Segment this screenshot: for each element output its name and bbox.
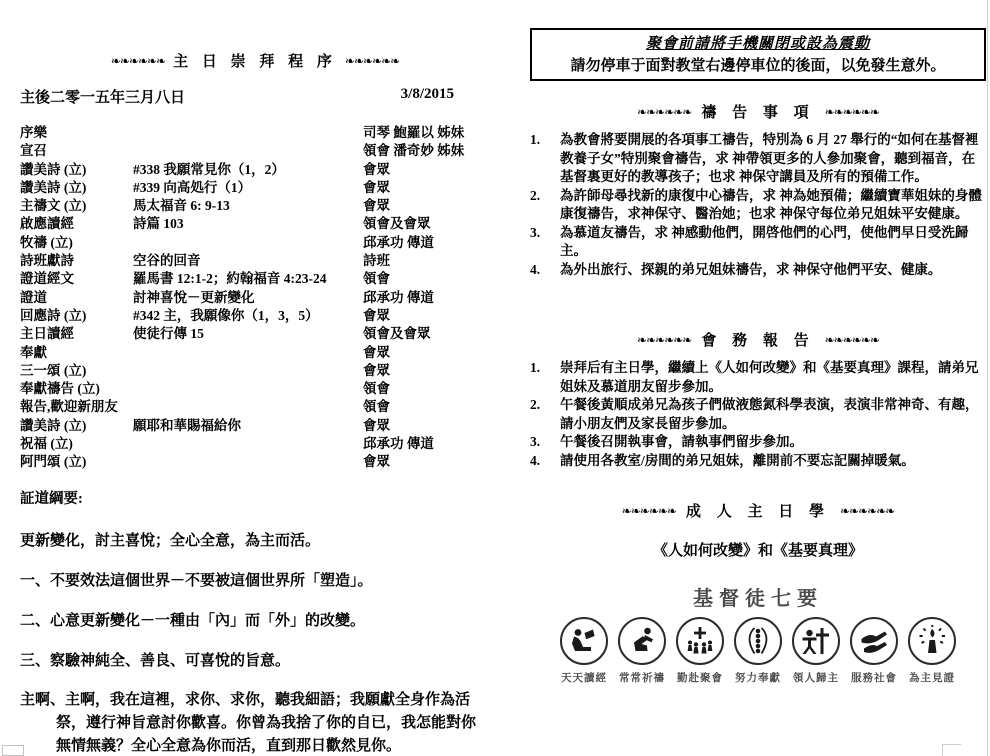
essential-item: 為主見證 <box>903 617 961 685</box>
item-number: 1. <box>530 131 550 187</box>
report-section-heading: ❧❧❧❧❧❧會 務 報 告❧❧❧❧❧❧ <box>530 329 986 350</box>
program-performer: 會眾 <box>363 453 490 471</box>
essential-label: 為主見證 <box>909 670 955 685</box>
program-item: 讚美詩 (立) <box>20 179 133 197</box>
essential-label: 勤赴聚會 <box>677 670 723 685</box>
sunday-school-content: 《人如何改變》和《基要真理》 <box>530 539 986 560</box>
date-chinese: 主後二零一五年三月八日 <box>20 86 185 107</box>
program-content <box>133 234 363 252</box>
program-item: 報告,歡迎新朋友 <box>20 398 133 416</box>
bulletin-page: ❧❧❧❧❧❧主 日 崇 拜 程 序❧❧❧❧❧❧ 主後二零一五年三月八日 3/8/… <box>0 0 990 756</box>
table-row: 報告,歡迎新朋友領會 <box>20 398 490 416</box>
announcement-list: 1.崇拜后有主日學，繼續上《人如何改變》和《基要真理》課程，請弟兄姐妹及慕道朋友… <box>530 359 986 470</box>
sermon-theme: 更新變化，討主喜悅；全心全意，為主而活。 <box>20 529 490 550</box>
program-item: 三一頌 (立) <box>20 362 133 380</box>
program-item: 讚美詩 (立) <box>20 417 133 435</box>
program-item: 主禱文 (立) <box>20 197 133 215</box>
program-content: 詩篇 103 <box>133 215 363 233</box>
program-item: 啟應讀經 <box>20 215 133 233</box>
program-item: 牧禱 (立) <box>20 234 133 252</box>
program-item: 宣召 <box>20 142 133 160</box>
program-item: 證道經文 <box>20 270 133 288</box>
program-content <box>133 380 363 398</box>
witness-candle-icon <box>908 617 956 665</box>
program-content <box>133 344 363 362</box>
item-number: 2. <box>530 396 550 433</box>
essential-item: 服務社會 <box>845 617 903 685</box>
sermon-point-3: 三、察驗神純全、善良、可喜悅的旨意。 <box>20 649 490 670</box>
program-performer: 會眾 <box>363 362 490 380</box>
table-row: 牧禱 (立)邱承功 傳道 <box>20 234 490 252</box>
item-number: 3. <box>530 433 550 452</box>
program-performer: 會眾 <box>363 197 490 215</box>
ornament-left-icon: ❧❧❧❧❧❧ <box>111 54 165 68</box>
essential-label: 服務社會 <box>851 670 897 685</box>
item-text: 為許師母尋找新的康復中心禱告，求 神為她預備；繼續寶華姐妹的身體康復禱告，求神保… <box>560 187 986 224</box>
list-item: 2.為許師母尋找新的康復中心禱告，求 神為她預備；繼續寶華姐妹的身體康復禱告，求… <box>530 187 986 224</box>
program-item: 讚美詩 (立) <box>20 161 133 179</box>
essential-item: 努力奉獻 <box>729 617 787 685</box>
table-row: 阿門頌 (立)會眾 <box>20 453 490 471</box>
program-performer: 邱承功 傳道 <box>363 289 490 307</box>
table-row: 序樂司琴 鮑羅以 姊妹 <box>20 124 490 142</box>
item-number: 1. <box>530 359 550 396</box>
program-content: 馬太福音 6: 9-13 <box>133 197 363 215</box>
table-row: 祝福 (立)邱承功 傳道 <box>20 435 490 453</box>
program-item: 主日讀經 <box>20 325 133 343</box>
program-item: 祝福 (立) <box>20 435 133 453</box>
sermon-outline-heading: 証道綱要: <box>20 487 490 508</box>
program-performer: 會眾 <box>363 417 490 435</box>
window-edge <box>987 0 988 756</box>
sunday-school-title: 成 人 主 日 學 <box>686 504 830 520</box>
praying-icon <box>618 617 666 665</box>
essential-label: 努力奉獻 <box>735 670 781 685</box>
table-row: 讚美詩 (立)#338 我願常見你（1，2）會眾 <box>20 161 490 179</box>
program-content <box>133 362 363 380</box>
offering-icon <box>734 617 782 665</box>
ornament-left-icon: ❧❧❧❧❧❧ <box>622 504 676 518</box>
table-row: 回應詩 (立)#342 主，我願像你（1，3，5）會眾 <box>20 307 490 325</box>
serving-icon <box>850 617 898 665</box>
ornament-right-icon: ❧❧❧❧❧❧ <box>840 504 894 518</box>
table-row: 詩班獻詩空谷的回音詩班 <box>20 252 490 270</box>
program-performer: 會眾 <box>363 307 490 325</box>
essential-item: 勤赴聚會 <box>671 617 729 685</box>
item-number: 2. <box>530 187 550 224</box>
program-content <box>133 398 363 416</box>
program-performer: 領會 潘奇妙 姊妹 <box>363 142 490 160</box>
prayer-section-title: 禱 告 事 項 <box>701 105 814 121</box>
prayer-list: 1.為教會將要開展的各項事工禱告，特別為 6 月 27 舉行的“如何在基督裡教養… <box>530 131 986 279</box>
essential-item: 常常祈禱 <box>613 617 671 685</box>
ornament-right-icon: ❧❧❧❧❧❧ <box>825 105 879 119</box>
table-corner-artifact <box>942 744 961 756</box>
program-content: 空谷的回音 <box>133 252 363 270</box>
program-content: 使徒行傳 15 <box>133 325 363 343</box>
program-performer: 詩班 <box>363 252 490 270</box>
report-section-title: 會 務 報 告 <box>701 333 814 349</box>
table-row: 宣召領會 潘奇妙 姊妹 <box>20 142 490 160</box>
phone-notice: 聚會前請將手機關閉或設為震動 <box>536 32 980 53</box>
program-performer: 邱承功 傳道 <box>363 435 490 453</box>
essential-label: 領人歸主 <box>793 670 839 685</box>
essential-label: 常常祈禱 <box>619 670 665 685</box>
seven-essentials-title: 基督徒七要 <box>530 582 986 611</box>
essential-label: 天天讀經 <box>561 670 607 685</box>
item-text: 為慕道友禱告，求 神感動他們，開啓他們的心門，使他們早日受洗歸主。 <box>560 224 986 261</box>
table-row: 奉獻禱告 (立)領會 <box>20 380 490 398</box>
program-item: 阿門頌 (立) <box>20 453 133 471</box>
program-content <box>133 453 363 471</box>
page-title-text: 主 日 崇 拜 程 序 <box>173 54 337 70</box>
table-cell-artifact <box>2 745 24 756</box>
program-performer: 會眾 <box>363 179 490 197</box>
item-number: 3. <box>530 224 550 261</box>
program-performer: 司琴 鮑羅以 姊妹 <box>363 124 490 142</box>
program-content: #339 向高処行（1） <box>133 179 363 197</box>
program-item: 回應詩 (立) <box>20 307 133 325</box>
essential-item: 天天讀經 <box>555 617 613 685</box>
page-title: ❧❧❧❧❧❧主 日 崇 拜 程 序❧❧❧❧❧❧ <box>20 50 490 71</box>
ornament-right-icon: ❧❧❧❧❧❧ <box>345 54 399 68</box>
parking-notice: 請勿停車于面對教堂右邊停車位的後面，以免發生意外。 <box>536 54 980 75</box>
announcements-page: 聚會前請將手機關閉或設為震動 請勿停車于面對教堂右邊停車位的後面，以免發生意外。… <box>530 28 986 685</box>
program-performer: 領會 <box>363 380 490 398</box>
table-row: 讚美詩 (立)#339 向高処行（1）會眾 <box>20 179 490 197</box>
ornament-left-icon: ❧❧❧❧❧❧ <box>637 105 691 119</box>
program-item: 奉獻禱告 (立) <box>20 380 133 398</box>
table-row: 三一頌 (立)會眾 <box>20 362 490 380</box>
program-performer: 領會 <box>363 270 490 288</box>
table-row: 啟應讀經詩篇 103領會及會眾 <box>20 215 490 233</box>
item-text: 為教會將要開展的各項事工禱告，特別為 6 月 27 舉行的“如何在基督裡教養子女… <box>560 131 986 187</box>
program-content <box>133 124 363 142</box>
program-item: 詩班獻詩 <box>20 252 133 270</box>
program-performer: 領會及會眾 <box>363 215 490 233</box>
date-row: 主後二零一五年三月八日 3/8/2015 <box>20 86 490 107</box>
program-performer: 會眾 <box>363 161 490 179</box>
program-content <box>133 435 363 453</box>
program-content: #342 主，我願像你（1，3，5） <box>133 307 363 325</box>
table-row: 主日讀經使徒行傳 15領會及會眾 <box>20 325 490 343</box>
list-item: 3.午餐後召開執事會，請執事們留步參加。 <box>530 433 986 452</box>
program-content: 羅馬書 12:1-2；約翰福音 4:23-24 <box>133 270 363 288</box>
list-item: 2.午餐後黃順成弟兄為孩子們做液態氮科學表演，表演非常神奇、有趣，請小朋友們及家… <box>530 396 986 433</box>
program-content <box>133 142 363 160</box>
table-row: 證道討神喜悅－更新變化邱承功 傳道 <box>20 289 490 307</box>
sermon-closing-prayer: 主啊、主啊，我在這裡，求你、求你，聽我細語；我願獻全身作為活祭，遵行神旨意討你歡… <box>20 689 490 756</box>
program-item: 奉獻 <box>20 344 133 362</box>
item-number: 4. <box>530 452 550 471</box>
table-row: 奉獻會眾 <box>20 344 490 362</box>
item-text: 為外出旅行、探親的弟兄姐妹禱告，求 神保守他們平安、健康。 <box>560 261 986 280</box>
seven-essentials: 基督徒七要 天天讀經 常常祈禱 <box>530 582 986 685</box>
gathering-icon <box>676 617 724 665</box>
sunday-school-heading: ❧❧❧❧❧❧成 人 主 日 學❧❧❧❧❧❧ <box>530 500 986 521</box>
bible-reading-icon <box>560 617 608 665</box>
program-item: 序樂 <box>20 124 133 142</box>
notice-box: 聚會前請將手機關閉或設為震動 請勿停車于面對教堂右邊停車位的後面，以免發生意外。 <box>530 28 986 81</box>
list-item: 4.請使用各教室/房間的弟兄姐妹，離開前不要忘記關掉暖氣。 <box>530 452 986 471</box>
seven-essentials-icons: 天天讀經 常常祈禱 勤赴聚會 <box>530 617 986 685</box>
essential-item: 領人歸主 <box>787 617 845 685</box>
prayer-section-heading: ❧❧❧❧❧❧禱 告 事 項❧❧❧❧❧❧ <box>530 101 986 122</box>
table-row: 證道經文羅馬書 12:1-2；約翰福音 4:23-24領會 <box>20 270 490 288</box>
item-number: 4. <box>530 261 550 280</box>
list-item: 1.崇拜后有主日學，繼續上《人如何改變》和《基要真理》課程，請弟兄姐妹及慕道朋友… <box>530 359 986 396</box>
list-item: 1.為教會將要開展的各項事工禱告，特別為 6 月 27 舉行的“如何在基督裡教養… <box>530 131 986 187</box>
ornament-left-icon: ❧❧❧❧❧❧ <box>637 333 691 347</box>
item-text: 請使用各教室/房間的弟兄姐妹，離開前不要忘記關掉暖氣。 <box>560 452 986 471</box>
item-text: 崇拜后有主日學，繼續上《人如何改變》和《基要真理》課程，請弟兄姐妹及慕道朋友留步… <box>560 359 986 396</box>
item-text: 午餐後召開執事會，請執事們留步參加。 <box>560 433 986 452</box>
table-row: 主禱文 (立)馬太福音 6: 9-13會眾 <box>20 197 490 215</box>
item-text: 午餐後黃順成弟兄為孩子們做液態氮科學表演，表演非常神奇、有趣，請小朋友們及家長留… <box>560 396 986 433</box>
worship-program-table: 序樂司琴 鮑羅以 姊妹 宣召領會 潘奇妙 姊妹 讚美詩 (立)#338 我願常見… <box>20 124 490 472</box>
soul-winning-icon <box>792 617 840 665</box>
date-numeric: 3/8/2015 <box>401 86 454 107</box>
program-item: 證道 <box>20 289 133 307</box>
ornament-right-icon: ❧❧❧❧❧❧ <box>825 333 879 347</box>
program-content: 討神喜悅－更新變化 <box>133 289 363 307</box>
sermon-point-1: 一、不要效法這個世界－不要被這個世界所「塑造」。 <box>20 569 490 590</box>
worship-order-page: ❧❧❧❧❧❧主 日 崇 拜 程 序❧❧❧❧❧❧ 主後二零一五年三月八日 3/8/… <box>20 50 490 756</box>
program-performer: 邱承功 傳道 <box>363 234 490 252</box>
program-performer: 領會及會眾 <box>363 325 490 343</box>
program-performer: 領會 <box>363 398 490 416</box>
program-content: 願耶和華賜福給你 <box>133 417 363 435</box>
program-performer: 會眾 <box>363 344 490 362</box>
table-row: 讚美詩 (立)願耶和華賜福給你會眾 <box>20 417 490 435</box>
sermon-point-2: 二、心意更新變化－一種由「內」而「外」的改變。 <box>20 609 490 630</box>
list-item: 4.為外出旅行、探親的弟兄姐妹禱告，求 神保守他們平安、健康。 <box>530 261 986 280</box>
list-item: 3.為慕道友禱告，求 神感動他們，開啓他們的心門，使他們早日受洗歸主。 <box>530 224 986 261</box>
program-content: #338 我願常見你（1，2） <box>133 161 363 179</box>
